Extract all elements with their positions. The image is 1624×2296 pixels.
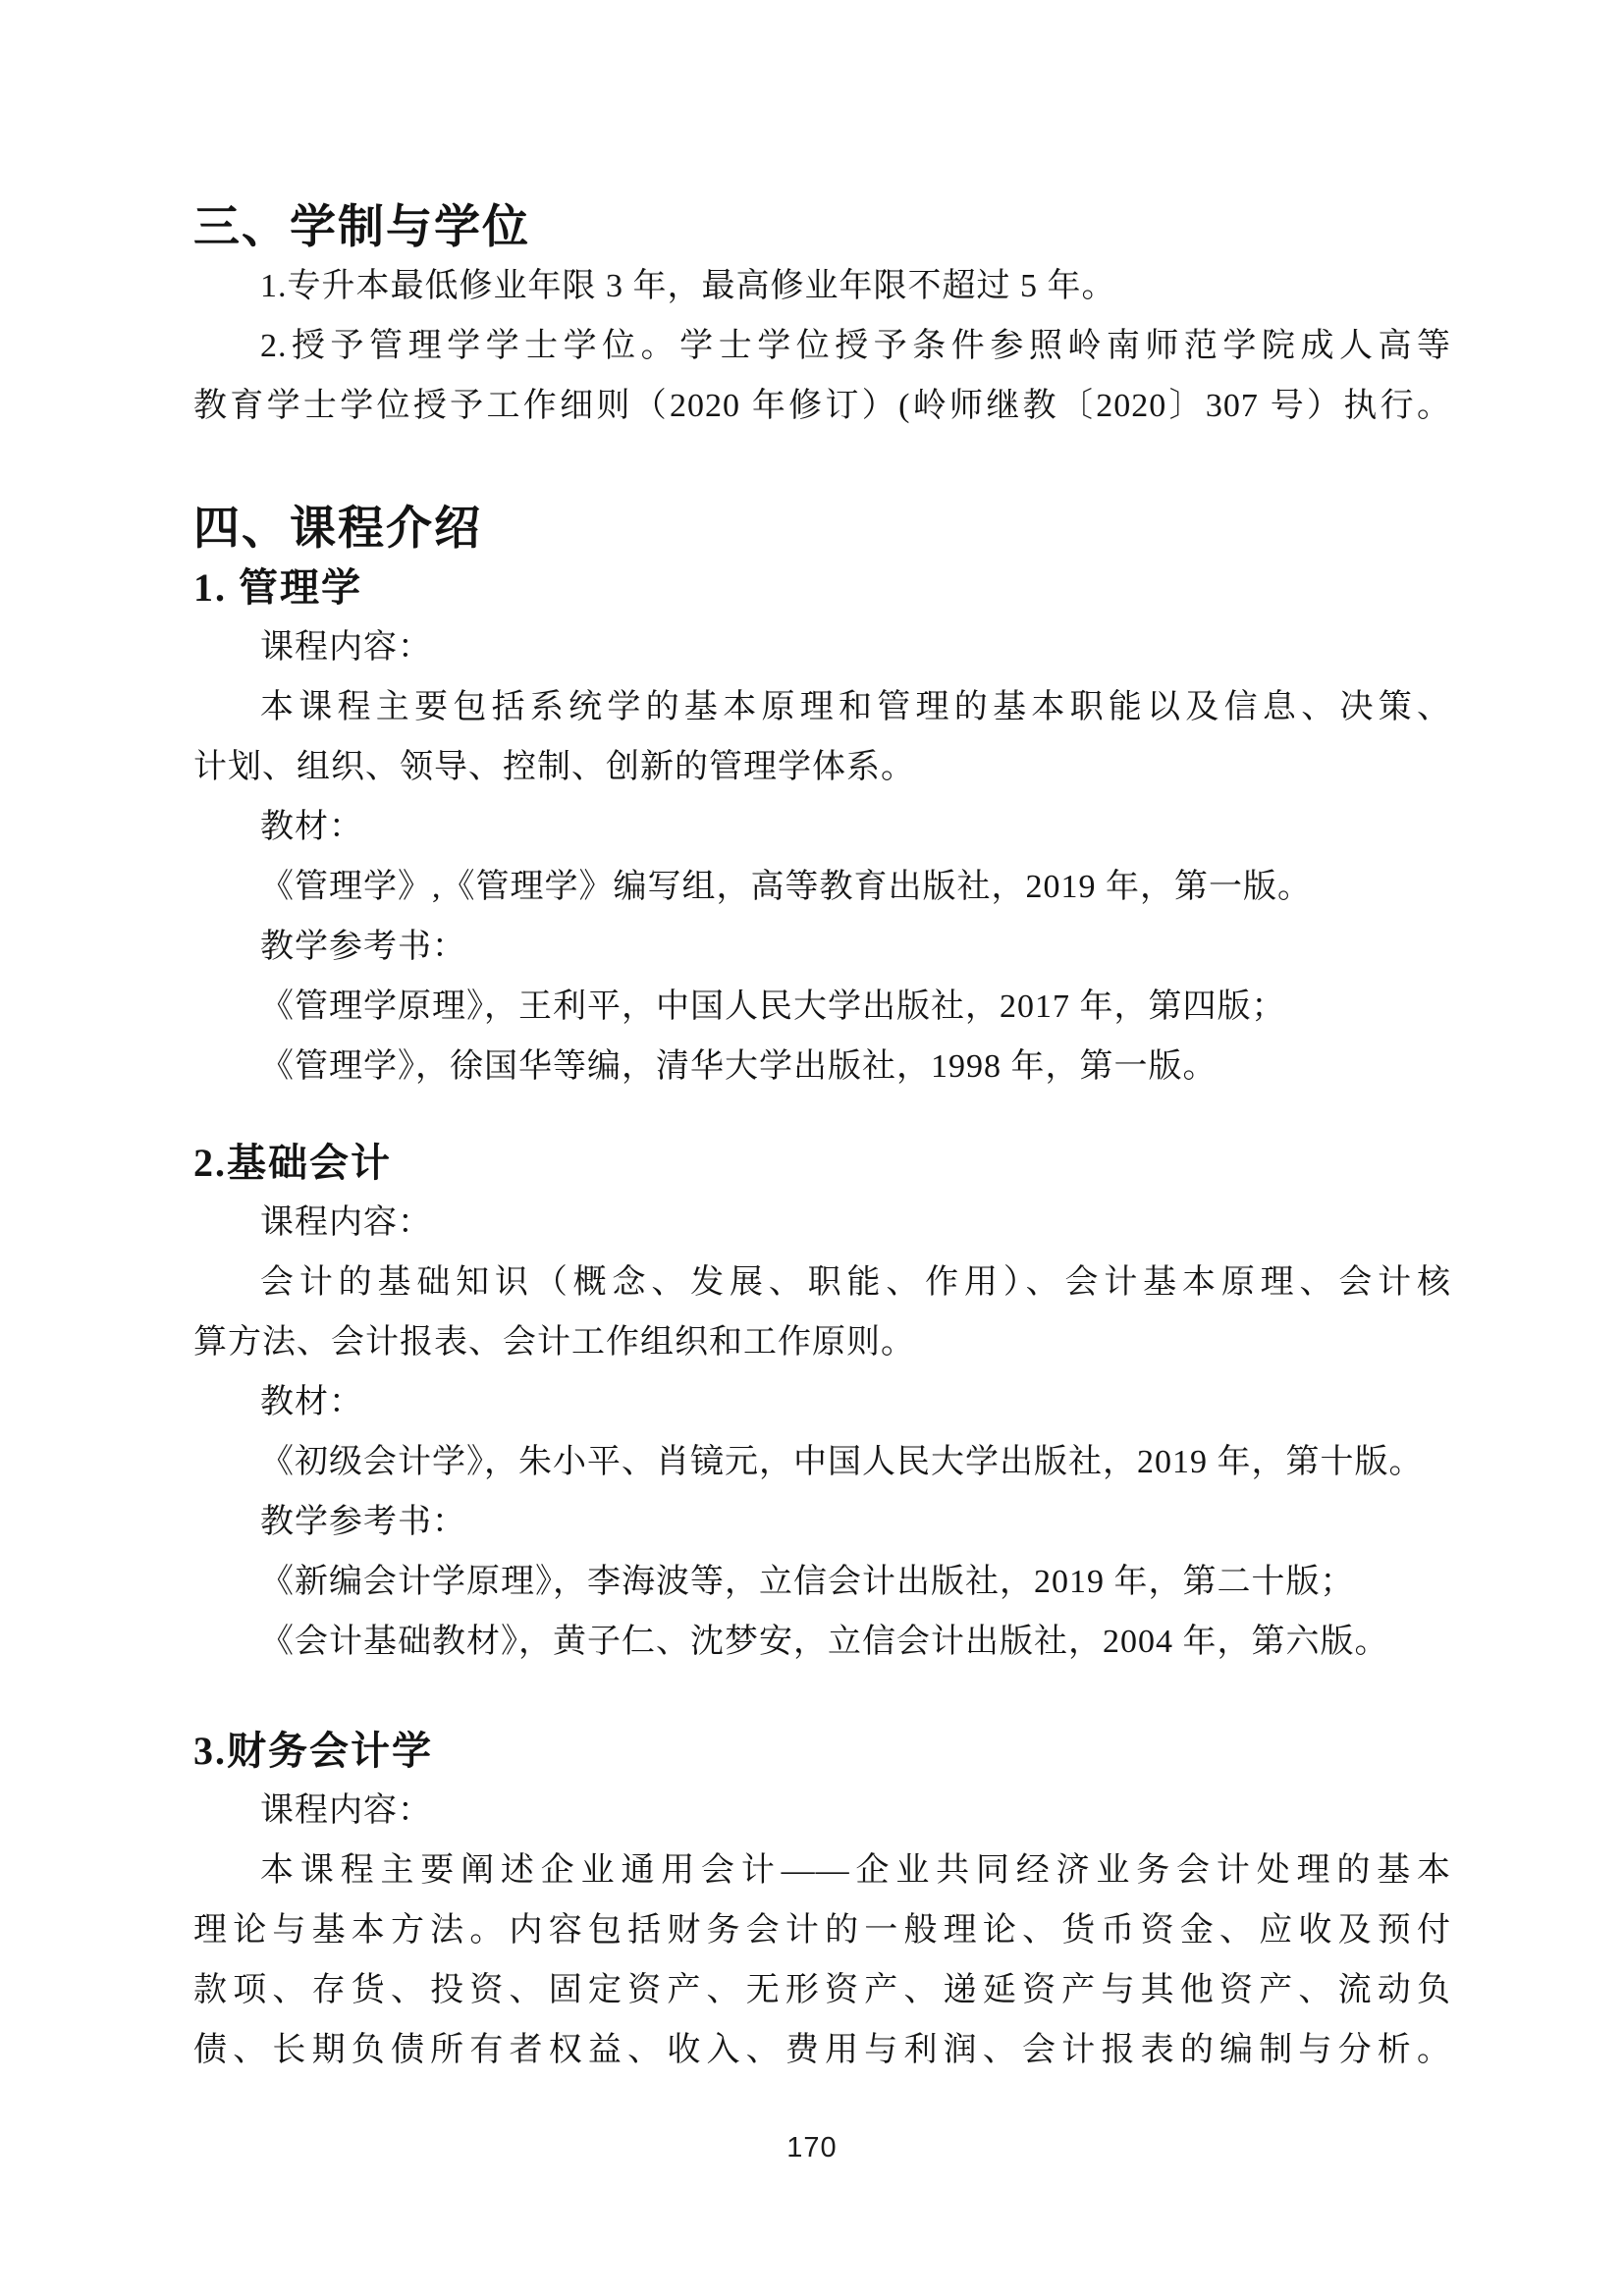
course-1-content-label: 课程内容：: [193, 617, 1451, 677]
course-1-reference-label: 教学参考书：: [193, 917, 1451, 977]
course-2-reference-label: 教学参考书：: [193, 1492, 1451, 1552]
course-1-reference-entry-2: 《管理学》，徐国华等编，清华大学出版社，1998 年，第一版。: [193, 1037, 1451, 1096]
course-2-reference-entry-2: 《会计基础教材》，黄子仁、沈梦安，立信会计出版社，2004 年，第六版。: [193, 1612, 1451, 1672]
course-2-description-line-2: 算方法、会计报表、会计工作组织和工作原则。: [193, 1312, 1451, 1372]
document-page: 三、学制与学位 1.专升本最低修业年限 3 年，最高修业年限不超过 5 年。 2…: [0, 0, 1624, 2296]
course-1-textbook-label: 教材：: [193, 797, 1451, 857]
course-3-description-line-4: 债、长期负债所有者权益、收入、费用与利润、会计报表的编制与分析。: [193, 2020, 1451, 2080]
page-content: 三、学制与学位 1.专升本最低修业年限 3 年，最高修业年限不超过 5 年。 2…: [193, 0, 1451, 2080]
course-3-title: 3.财务会计学: [193, 1721, 1451, 1781]
course-2-title: 2.基础会计: [193, 1133, 1451, 1193]
course-2-textbook-entry: 《初级会计学》，朱小平、肖镜元，中国人民大学出版社，2019 年，第十版。: [193, 1432, 1451, 1492]
course-2-content-label: 课程内容：: [193, 1193, 1451, 1253]
section3-item-2-line-2: 教育学士学位授予工作细则（2020 年修订）(岭师继教〔2020〕307 号）执…: [193, 376, 1451, 436]
course-3-description-line-1: 本课程主要阐述企业通用会计——企业共同经济业务会计处理的基本: [193, 1841, 1451, 1900]
course-1-textbook-entry: 《管理学》,《管理学》编写组，高等教育出版社，2019 年，第一版。: [193, 857, 1451, 917]
course-2-reference-entry-1: 《新编会计学原理》，李海波等，立信会计出版社，2019 年，第二十版；: [193, 1552, 1451, 1612]
section3-item-1: 1.专升本最低修业年限 3 年，最高修业年限不超过 5 年。: [193, 256, 1451, 316]
course-1-reference-entry-1: 《管理学原理》，王利平，中国人民大学出版社，2017 年，第四版；: [193, 977, 1451, 1037]
course-3-description-line-3: 款项、存货、投资、固定资产、无形资产、递延资产与其他资产、流动负: [193, 1960, 1451, 2020]
course-3-description-line-2: 理论与基本方法。内容包括财务会计的一般理论、货币资金、应收及预付: [193, 1900, 1451, 1960]
page-number: 170: [0, 2132, 1624, 2164]
heading-section-3: 三、学制与学位: [193, 196, 1451, 256]
course-1-description-line-1: 本课程主要包括系统学的基本原理和管理的基本职能以及信息、决策、: [193, 677, 1451, 737]
section3-item-2-line-1: 2.授予管理学学士学位。学士学位授予条件参照岭南师范学院成人高等: [193, 316, 1451, 376]
course-2-description-line-1: 会计的基础知识（概念、发展、职能、作用）、会计基本原理、会计核: [193, 1253, 1451, 1312]
course-3-content-label: 课程内容：: [193, 1781, 1451, 1841]
heading-section-4: 四、课程介绍: [193, 498, 1451, 558]
course-1-title: 1. 管理学: [193, 558, 1451, 617]
course-2-textbook-label: 教材：: [193, 1372, 1451, 1432]
course-1-description-line-2: 计划、组织、领导、控制、创新的管理学体系。: [193, 737, 1451, 797]
